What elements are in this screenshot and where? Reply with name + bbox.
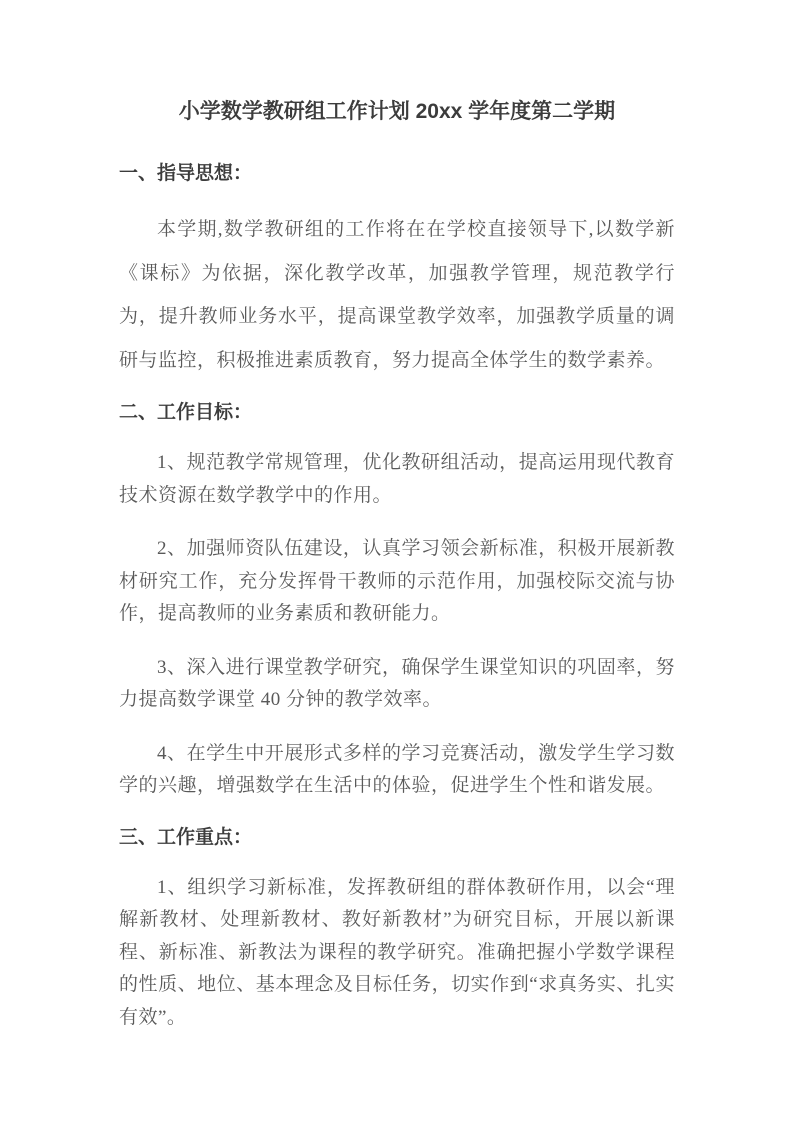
document-page: 小学数学教研组工作计划 20xx 学年度第二学期 一、指导思想： 本学期,数学教… [0,0,793,1122]
section-guiding-ideology: 一、指导思想： 本学期,数学教研组的工作将在在学校直接领导下,以数学新《课标》为… [119,160,675,382]
work-goal-item-1: 1、规范教学常规管理，优化教研组活动，提高运用现代教育技术资源在数学教学中的作用… [119,447,675,512]
section-work-priorities: 三、工作重点： 1、组织学习新标准，发挥教研组的群体教研作用，以会“理解新教材、… [119,824,675,1035]
section-heading-guiding-ideology: 一、指导思想： [119,160,675,187]
section-work-goals: 二、工作目标： 1、规范教学常规管理，优化教研组活动，提高运用现代教育技术资源在… [119,399,675,803]
section-heading-work-goals: 二、工作目标： [119,399,675,426]
work-priority-item-1: 1、组织学习新标准，发挥教研组的群体教研作用，以会“理解新教材、处理新教材、教好… [119,872,675,1035]
paragraph-guiding-ideology: 本学期,数学教研组的工作将在在学校直接领导下,以数学新《课标》为依据，深化教学改… [119,208,675,382]
document-title: 小学数学教研组工作计划 20xx 学年度第二学期 [119,96,675,128]
section-heading-work-priorities: 三、工作重点： [119,824,675,851]
work-goal-item-3: 3、深入进行课堂教学研究，确保学生课堂知识的巩固率，努力提高数学课堂 40 分钟… [119,652,675,717]
work-goal-item-4: 4、在学生中开展形式多样的学习竞赛活动，激发学生学习数学的兴趣，增强数学在生活中… [119,738,675,803]
work-goal-item-2: 2、加强师资队伍建设，认真学习领会新标准，积极开展新教材研究工作，充分发挥骨干教… [119,533,675,631]
